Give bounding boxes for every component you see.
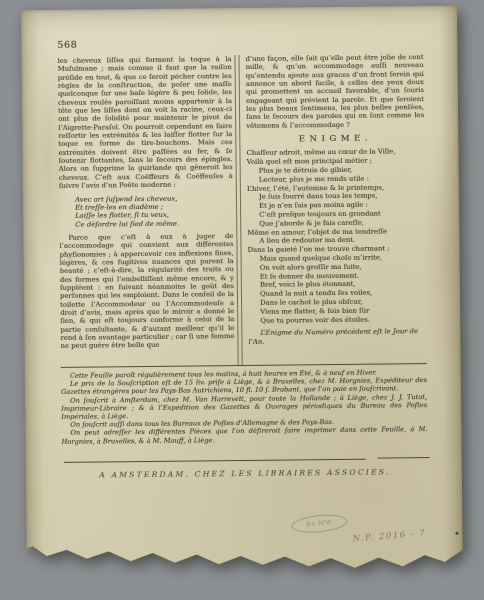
imprint-line: A AMSTERDAM, CHEZ LES LIBRAIRES ASSOCIÉS… xyxy=(62,467,428,480)
page-number: 568 xyxy=(57,40,77,51)
left-paragraph-1: les cheveux liſſes qui forment la toque … xyxy=(57,55,232,190)
enigme-heading: ENIGME. xyxy=(246,134,424,144)
verse-block: Avec art ſuſpend les cheveux, Et treſſe-… xyxy=(75,194,233,229)
pencil-inscription: N.P. 2016 - 7 xyxy=(352,529,426,545)
ink-dot xyxy=(455,532,458,535)
subscription-notes: Cette Feuille paroît régulièrement tous … xyxy=(61,368,428,446)
imprint-rule-left xyxy=(64,459,366,463)
paper-stain xyxy=(420,126,469,386)
right-column: d’une façon, elle ſait qu’elle peut être… xyxy=(245,53,426,346)
column-divider-rule xyxy=(234,55,242,365)
paper-surface: 568 les cheveux liſſes qui forment la to… xyxy=(21,6,463,589)
left-column: les cheveux liſſes qui forment la toque … xyxy=(57,55,234,350)
imprint-rule-right xyxy=(378,457,430,459)
footer-paragraph: On peut adreſſer les différentes Pièces … xyxy=(61,425,427,445)
previous-enigma-note: L’Enigme du Numéro précédent eſt le Jour… xyxy=(248,327,426,346)
enigme-poem: Chaſſeur adroit, même au cœur de la Vill… xyxy=(246,148,426,326)
library-stamp: Bs MW xyxy=(291,513,348,535)
poem-line: Que tu pourras voir des étoiles. xyxy=(260,315,426,326)
verse-line: Ce déſordre lui ſied de même. xyxy=(75,219,233,229)
left-paragraph-2: Parce que c’eſt à eux à juger de l’accom… xyxy=(59,232,234,351)
paper-sheet: 568 les cheveux liſſes qui forment la to… xyxy=(21,6,463,589)
right-paragraph-1: d’une façon, elle ſait qu’elle peut être… xyxy=(245,53,424,130)
footer-top-rule xyxy=(61,363,427,368)
footer-paragraph: On ſouſcrit à Amſterdam, chez M. Van Har… xyxy=(61,393,427,421)
